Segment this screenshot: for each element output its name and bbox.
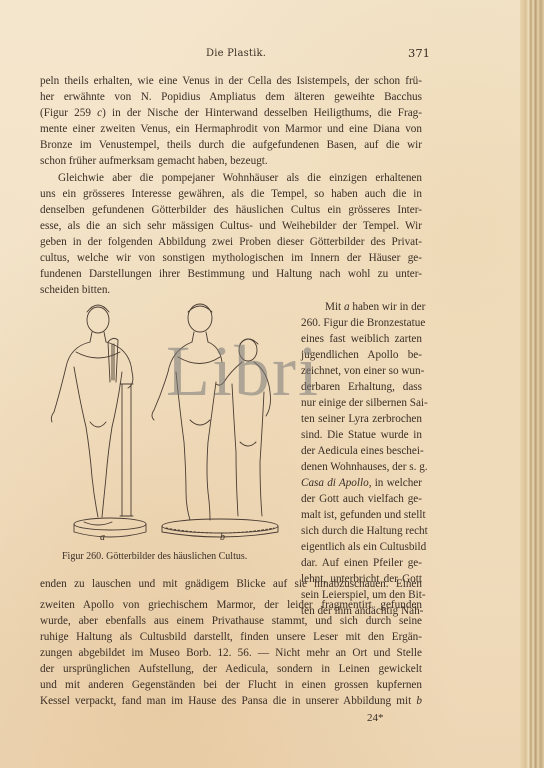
text-line: dar. Auf einen Pfeiler ge- <box>301 556 422 571</box>
text-line: Bronze im Venustempel, theils durch die … <box>40 138 422 153</box>
text-line: fundenen Darstellungen ihrer Bestimmung … <box>40 267 422 282</box>
text-line: Mit a haben wir in der <box>301 300 422 315</box>
figure-260-illustration: a b <box>40 292 295 542</box>
text-line: Kessel verpackt, fand man im Hause des P… <box>40 694 422 709</box>
book-page: Die Plastik. 371 peln theils erhalten, w… <box>0 0 544 768</box>
text-line: enden zu lauschen und mit gnädigem Blick… <box>40 577 422 592</box>
text-line: zungen abgebildet im Museo Borb. 12. 56.… <box>40 646 422 661</box>
figure-label-b: b <box>220 532 225 543</box>
text-line: der Gott auch vielfach ge- <box>301 492 422 507</box>
text-line: malt ist, gefunden und stellt <box>301 508 422 523</box>
text-line: 260. Figur die Bronzestatue <box>301 316 422 331</box>
text-line: ten seiner Lyra zerbrochen <box>301 412 422 427</box>
text-line: mente einer zweiten Venus, ein Hermaphro… <box>40 122 422 137</box>
text-line: denselben gefundenen Götterbilder des hä… <box>40 203 422 218</box>
text-line: Gleichwie aber die pompejaner Wohnhäuser… <box>40 171 422 186</box>
running-title: Die Plastik. <box>206 48 266 59</box>
text-line: peln theils erhalten, wie eine Venus in … <box>40 74 422 89</box>
text-line: esse, als die an sich sehr mässigen Cult… <box>40 219 422 234</box>
text-line: cultus, welche wir von sonstigen mytholo… <box>40 251 422 266</box>
signature-mark: 24* <box>367 712 384 724</box>
text-line: denen Wohnhauses, der s. g. <box>301 460 422 475</box>
text-line: Casa di Apollo, in welcher <box>301 476 422 491</box>
text-line: (Figur 259 c) in der Nische der Hinterwa… <box>40 106 422 121</box>
text-line: sich durch die Haltung recht <box>301 524 422 539</box>
text-line: zweiten Apollo von griechischem Marmor, … <box>40 598 422 613</box>
figure-caption: Figur 260. Götterbilder des häuslichen C… <box>62 551 247 562</box>
statues-engraving-icon <box>40 292 295 542</box>
text-line: der Aedicula eines beschei- <box>301 444 422 459</box>
text-line: und mit anderen Gegenständen bei der Flu… <box>40 678 422 693</box>
watermark-text: Libri <box>166 335 320 407</box>
text-line: wurde, aber ebenfalls aus einem Privatha… <box>40 614 422 629</box>
text-line: geben in der folgenden Abbildung zwei Pr… <box>40 235 422 250</box>
page-edge-stack <box>520 0 544 768</box>
text-line: sind. Die Statue wurde in <box>301 428 422 443</box>
text-line: schon früher aufmerksam gemacht haben, b… <box>40 154 422 169</box>
text-line: eigentlich als ein Cultusbild <box>301 540 422 555</box>
text-line: der ursprünglichen Aufstellung, der Aedi… <box>40 662 422 677</box>
figure-label-a: a <box>100 532 105 543</box>
page-number: 371 <box>408 46 430 60</box>
text-line: ruhige Haltung als Cultusbild darstellt,… <box>40 630 422 645</box>
text-line: uns ein grösseres Interesse gewähren, al… <box>40 187 422 202</box>
text-line: her erwähnte von N. Popidius Ampliatus d… <box>40 90 422 105</box>
